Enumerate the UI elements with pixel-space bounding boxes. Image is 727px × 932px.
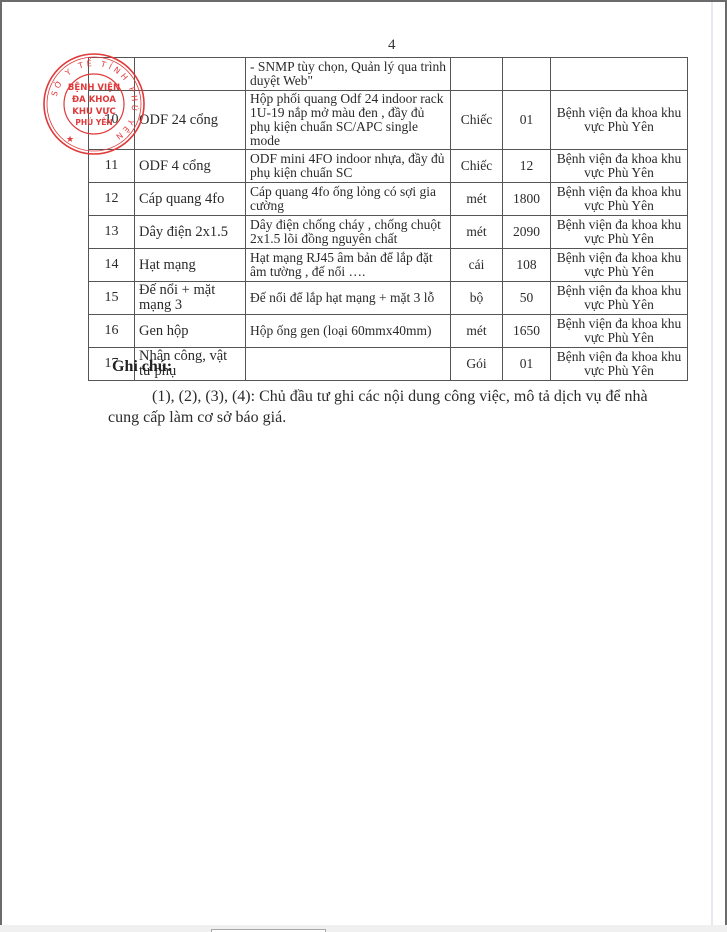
star-icon: ★: [66, 134, 74, 144]
table-row: 17 Nhân công, vật tư phụ Gói 01 Bệnh việ…: [89, 348, 688, 381]
cell-no: 15: [89, 282, 135, 315]
cell-unit: cái: [451, 249, 503, 282]
cell-no: 11: [89, 150, 135, 183]
cell-location: Bệnh viện đa khoa khu vực Phù Yên: [551, 91, 688, 150]
cell-location: Bệnh viện đa khoa khu vực Phù Yên: [551, 249, 688, 282]
cell-unit: mét: [451, 183, 503, 216]
cell-location: [551, 58, 688, 91]
cell-no: 12: [89, 183, 135, 216]
cell-unit: mét: [451, 315, 503, 348]
cell-location: Bệnh viện đa khoa khu vực Phù Yên: [551, 315, 688, 348]
cell-location: Bệnh viện đa khoa khu vực Phù Yên: [551, 282, 688, 315]
cell-quantity: 1800: [503, 183, 551, 216]
cell-no: [89, 58, 135, 91]
cell-quantity: 50: [503, 282, 551, 315]
table-row: 11 ODF 4 cổng ODF mini 4FO indoor nhựa, …: [89, 150, 688, 183]
cell-no: 14: [89, 249, 135, 282]
cell-unit: Chiếc: [451, 91, 503, 150]
cell-quantity: 2090: [503, 216, 551, 249]
cell-description: Đế nổi để lắp hạt mạng + mặt 3 lỗ: [246, 282, 451, 315]
cell-description: Hộp phối quang Odf 24 indoor rack 1U-19 …: [246, 91, 451, 150]
cell-unit: Chiếc: [451, 150, 503, 183]
cell-name: Dây điện 2x1.5: [135, 216, 246, 249]
cell-no: 13: [89, 216, 135, 249]
cell-description: - SNMP tùy chọn, Quản lý qua trình duyệt…: [246, 58, 451, 91]
cell-name: Gen hộp: [135, 315, 246, 348]
cell-quantity: 108: [503, 249, 551, 282]
page-edge: [711, 2, 713, 927]
cell-no: 16: [89, 315, 135, 348]
cell-unit: Gói: [451, 348, 503, 381]
table-row: 10 ODF 24 cổng Hộp phối quang Odf 24 ind…: [89, 91, 688, 150]
cell-unit: mét: [451, 216, 503, 249]
cell-no: 10: [89, 91, 135, 150]
cell-description: ODF mini 4FO indoor nhựa, đầy đủ phụ kiệ…: [246, 150, 451, 183]
cell-name: Đế nổi + mặt mạng 3: [135, 282, 246, 315]
viewer-bottom-bar: [0, 925, 727, 932]
notes-title: Ghi chú:: [112, 358, 172, 376]
cell-location: Bệnh viện đa khoa khu vực Phù Yên: [551, 150, 688, 183]
cell-quantity: 1650: [503, 315, 551, 348]
cell-quantity: 01: [503, 348, 551, 381]
cell-location: Bệnh viện đa khoa khu vực Phù Yên: [551, 348, 688, 381]
cell-unit: bộ: [451, 282, 503, 315]
cell-description: Hạt mạng RJ45 âm bản để lắp đặt âm tường…: [246, 249, 451, 282]
page-number: 4: [388, 37, 396, 54]
items-table: - SNMP tùy chọn, Quản lý qua trình duyệt…: [88, 57, 688, 381]
cell-quantity: 01: [503, 91, 551, 150]
document-viewer: 4 - SNMP tùy chọn, Quản lý qua trình duy…: [0, 0, 727, 925]
cell-name: Cáp quang 4fo: [135, 183, 246, 216]
cell-description: [246, 348, 451, 381]
cell-description: Cáp quang 4fo ống lỏng có sợi gia cường: [246, 183, 451, 216]
table-row: 15 Đế nổi + mặt mạng 3 Đế nổi để lắp hạt…: [89, 282, 688, 315]
cell-name: ODF 24 cổng: [135, 91, 246, 150]
cell-quantity: 12: [503, 150, 551, 183]
cell-name: Hạt mạng: [135, 249, 246, 282]
table-row: 14 Hạt mạng Hạt mạng RJ45 âm bản để lắp …: [89, 249, 688, 282]
notes-body: (1), (2), (3), (4): Chủ đầu tư ghi các n…: [108, 386, 653, 428]
cell-name: [135, 58, 246, 91]
table-row: 12 Cáp quang 4fo Cáp quang 4fo ống lỏng …: [89, 183, 688, 216]
cell-location: Bệnh viện đa khoa khu vực Phù Yên: [551, 216, 688, 249]
cell-description: Dây điện chống cháy , chống chuột 2x1.5 …: [246, 216, 451, 249]
table-row: 16 Gen hộp Hộp ống gen (loại 60mmx40mm) …: [89, 315, 688, 348]
cell-name: ODF 4 cổng: [135, 150, 246, 183]
cell-quantity: [503, 58, 551, 91]
cell-location: Bệnh viện đa khoa khu vực Phù Yên: [551, 183, 688, 216]
cell-description: Hộp ống gen (loại 60mmx40mm): [246, 315, 451, 348]
table-row: 13 Dây điện 2x1.5 Dây điện chống cháy , …: [89, 216, 688, 249]
table-row: - SNMP tùy chọn, Quản lý qua trình duyệt…: [89, 58, 688, 91]
cell-unit: [451, 58, 503, 91]
